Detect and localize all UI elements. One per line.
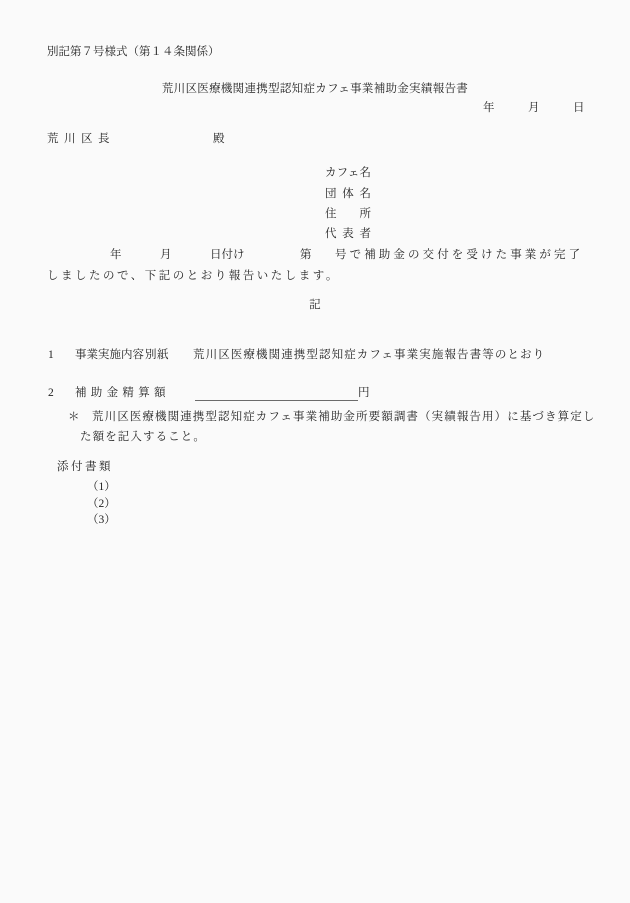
note-marker: ＊: [68, 411, 80, 424]
note-line-2: た額を記入すること。: [80, 431, 206, 444]
opening-text-line-1: 号で補助金の交付を受けた事業が完了: [335, 249, 583, 262]
signer-field-organization: 団体名: [325, 188, 371, 201]
address-label: 住所: [325, 208, 371, 221]
attachment-item-3: （3）: [87, 514, 116, 527]
signer-field-representative: 代表者: [325, 228, 371, 241]
attachment-item-2: （2）: [87, 498, 116, 511]
opening-year-label: 年: [110, 249, 122, 262]
addressee-name: 荒川区長: [47, 133, 115, 146]
document-page: 別記第７号様式（第１４条関係） 荒川区医療機関連携型認知症カフェ事業補助金実績報…: [0, 0, 630, 903]
opening-month-label: 月: [160, 249, 172, 262]
document-title: 荒川区医療機関連携型認知症カフェ事業補助金実績報告書: [0, 83, 630, 96]
attachment-item-1: （1）: [87, 481, 116, 494]
representative-label: 代表者: [325, 228, 371, 241]
attachments-heading: 添付書類: [57, 461, 113, 474]
date-day-label: 日: [573, 102, 585, 115]
date-month-label: 月: [528, 102, 540, 115]
opening-dai-label: 第: [300, 249, 312, 262]
amount-blank-line: [195, 387, 358, 401]
item-2-label: 補助金精算額: [75, 387, 170, 400]
opening-date-suffix: 日付け: [210, 249, 245, 262]
note-line-1: 荒川区医療機関連携型認知症カフェ事業補助金所要額調書（実績報告用）に基づき算定し: [92, 411, 595, 424]
item-2-number: 2: [48, 387, 54, 400]
organization-name-label: 団体名: [325, 188, 371, 201]
item-1-label: 事業実施内容: [75, 349, 144, 362]
date-year-label: 年: [483, 102, 495, 115]
item-1-number: 1: [48, 349, 54, 362]
cafe-name-label: カフェ名: [325, 167, 371, 180]
item-1-attachment-ref: 別紙: [145, 349, 169, 362]
opening-text-line-2: しましたので、下記のとおり報告いたします。: [47, 270, 340, 283]
signer-field-address: 住所: [325, 208, 371, 221]
item-1-text: 荒川区医療機関連携型認知症カフェ事業実施報告書等のとおり: [193, 349, 545, 362]
form-number-label: 別記第７号様式（第１４条関係）: [47, 46, 220, 59]
signer-field-cafe-name: カフェ名: [325, 167, 371, 180]
amount-unit-label: 円: [358, 387, 370, 400]
ki-marker: 記: [0, 299, 630, 312]
addressee-honorific: 殿: [213, 133, 225, 146]
